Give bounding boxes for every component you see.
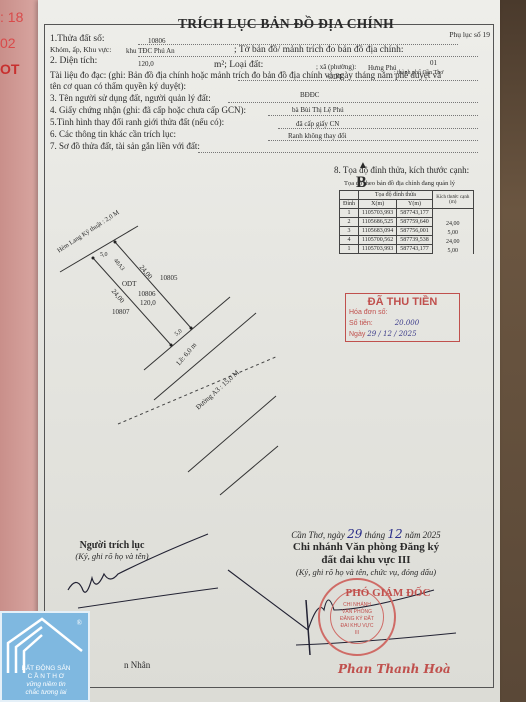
background-document-fragment: : 18 02 OT (0, 4, 40, 82)
cadastral-extract-document: TRÍCH LỤC BẢN ĐỒ ĐỊA CHÍNH Phụ lục số 19… (38, 0, 500, 702)
signer-name: Phan Thanh Hoà (338, 662, 451, 676)
watermark-logo: ® BẤT ĐỘNG SẢN C Ầ N T H Ơ vững niềm tin… (0, 611, 90, 702)
house-logo-icon (2, 613, 88, 673)
watermark-line1: BẤT ĐỘNG SẢN (6, 665, 86, 673)
watermark-text: BẤT ĐỘNG SẢN C Ầ N T H Ơ vững niềm tin c… (6, 665, 86, 697)
fragment-text: OT (0, 56, 40, 82)
seal-text: CHI NHÁNH VĂN PHÒNG ĐĂNG KÝ ĐẤT ĐAI KHU … (338, 602, 376, 637)
date-month-label: tháng (365, 530, 386, 540)
watermark-line2: C Ầ N T H Ơ (6, 673, 86, 681)
sign-date: Cần Thơ, ngày 29 tháng 12 năm 2025 (266, 527, 466, 541)
date-prefix: Cần Thơ, ngày (291, 530, 345, 540)
date-day: 29 (347, 527, 362, 541)
registered-mark: ® (77, 619, 82, 627)
office-name-line1: Chi nhánh Văn phòng Đăng ký (266, 541, 466, 554)
watermark-line4: chắc tương lai (6, 689, 86, 697)
date-year: năm 2025 (405, 530, 441, 540)
fragment-text: : 18 (0, 4, 40, 30)
office-name-line2: đất đai khu vực III (266, 554, 466, 567)
extractor-name: n Nhân (124, 660, 150, 670)
watermark-line3: vững niềm tin (6, 681, 86, 689)
office-note: (Ký, ghi rõ họ và tên, chức vụ, đóng dấu… (266, 567, 466, 577)
fragment-text: 02 (0, 30, 40, 56)
signer-role: PHÓ GIÁM ĐỐC (308, 587, 468, 599)
office-signature-block: Cần Thơ, ngày 29 tháng 12 năm 2025 Chi n… (266, 527, 466, 577)
background-table (496, 0, 526, 702)
date-month: 12 (387, 527, 402, 541)
